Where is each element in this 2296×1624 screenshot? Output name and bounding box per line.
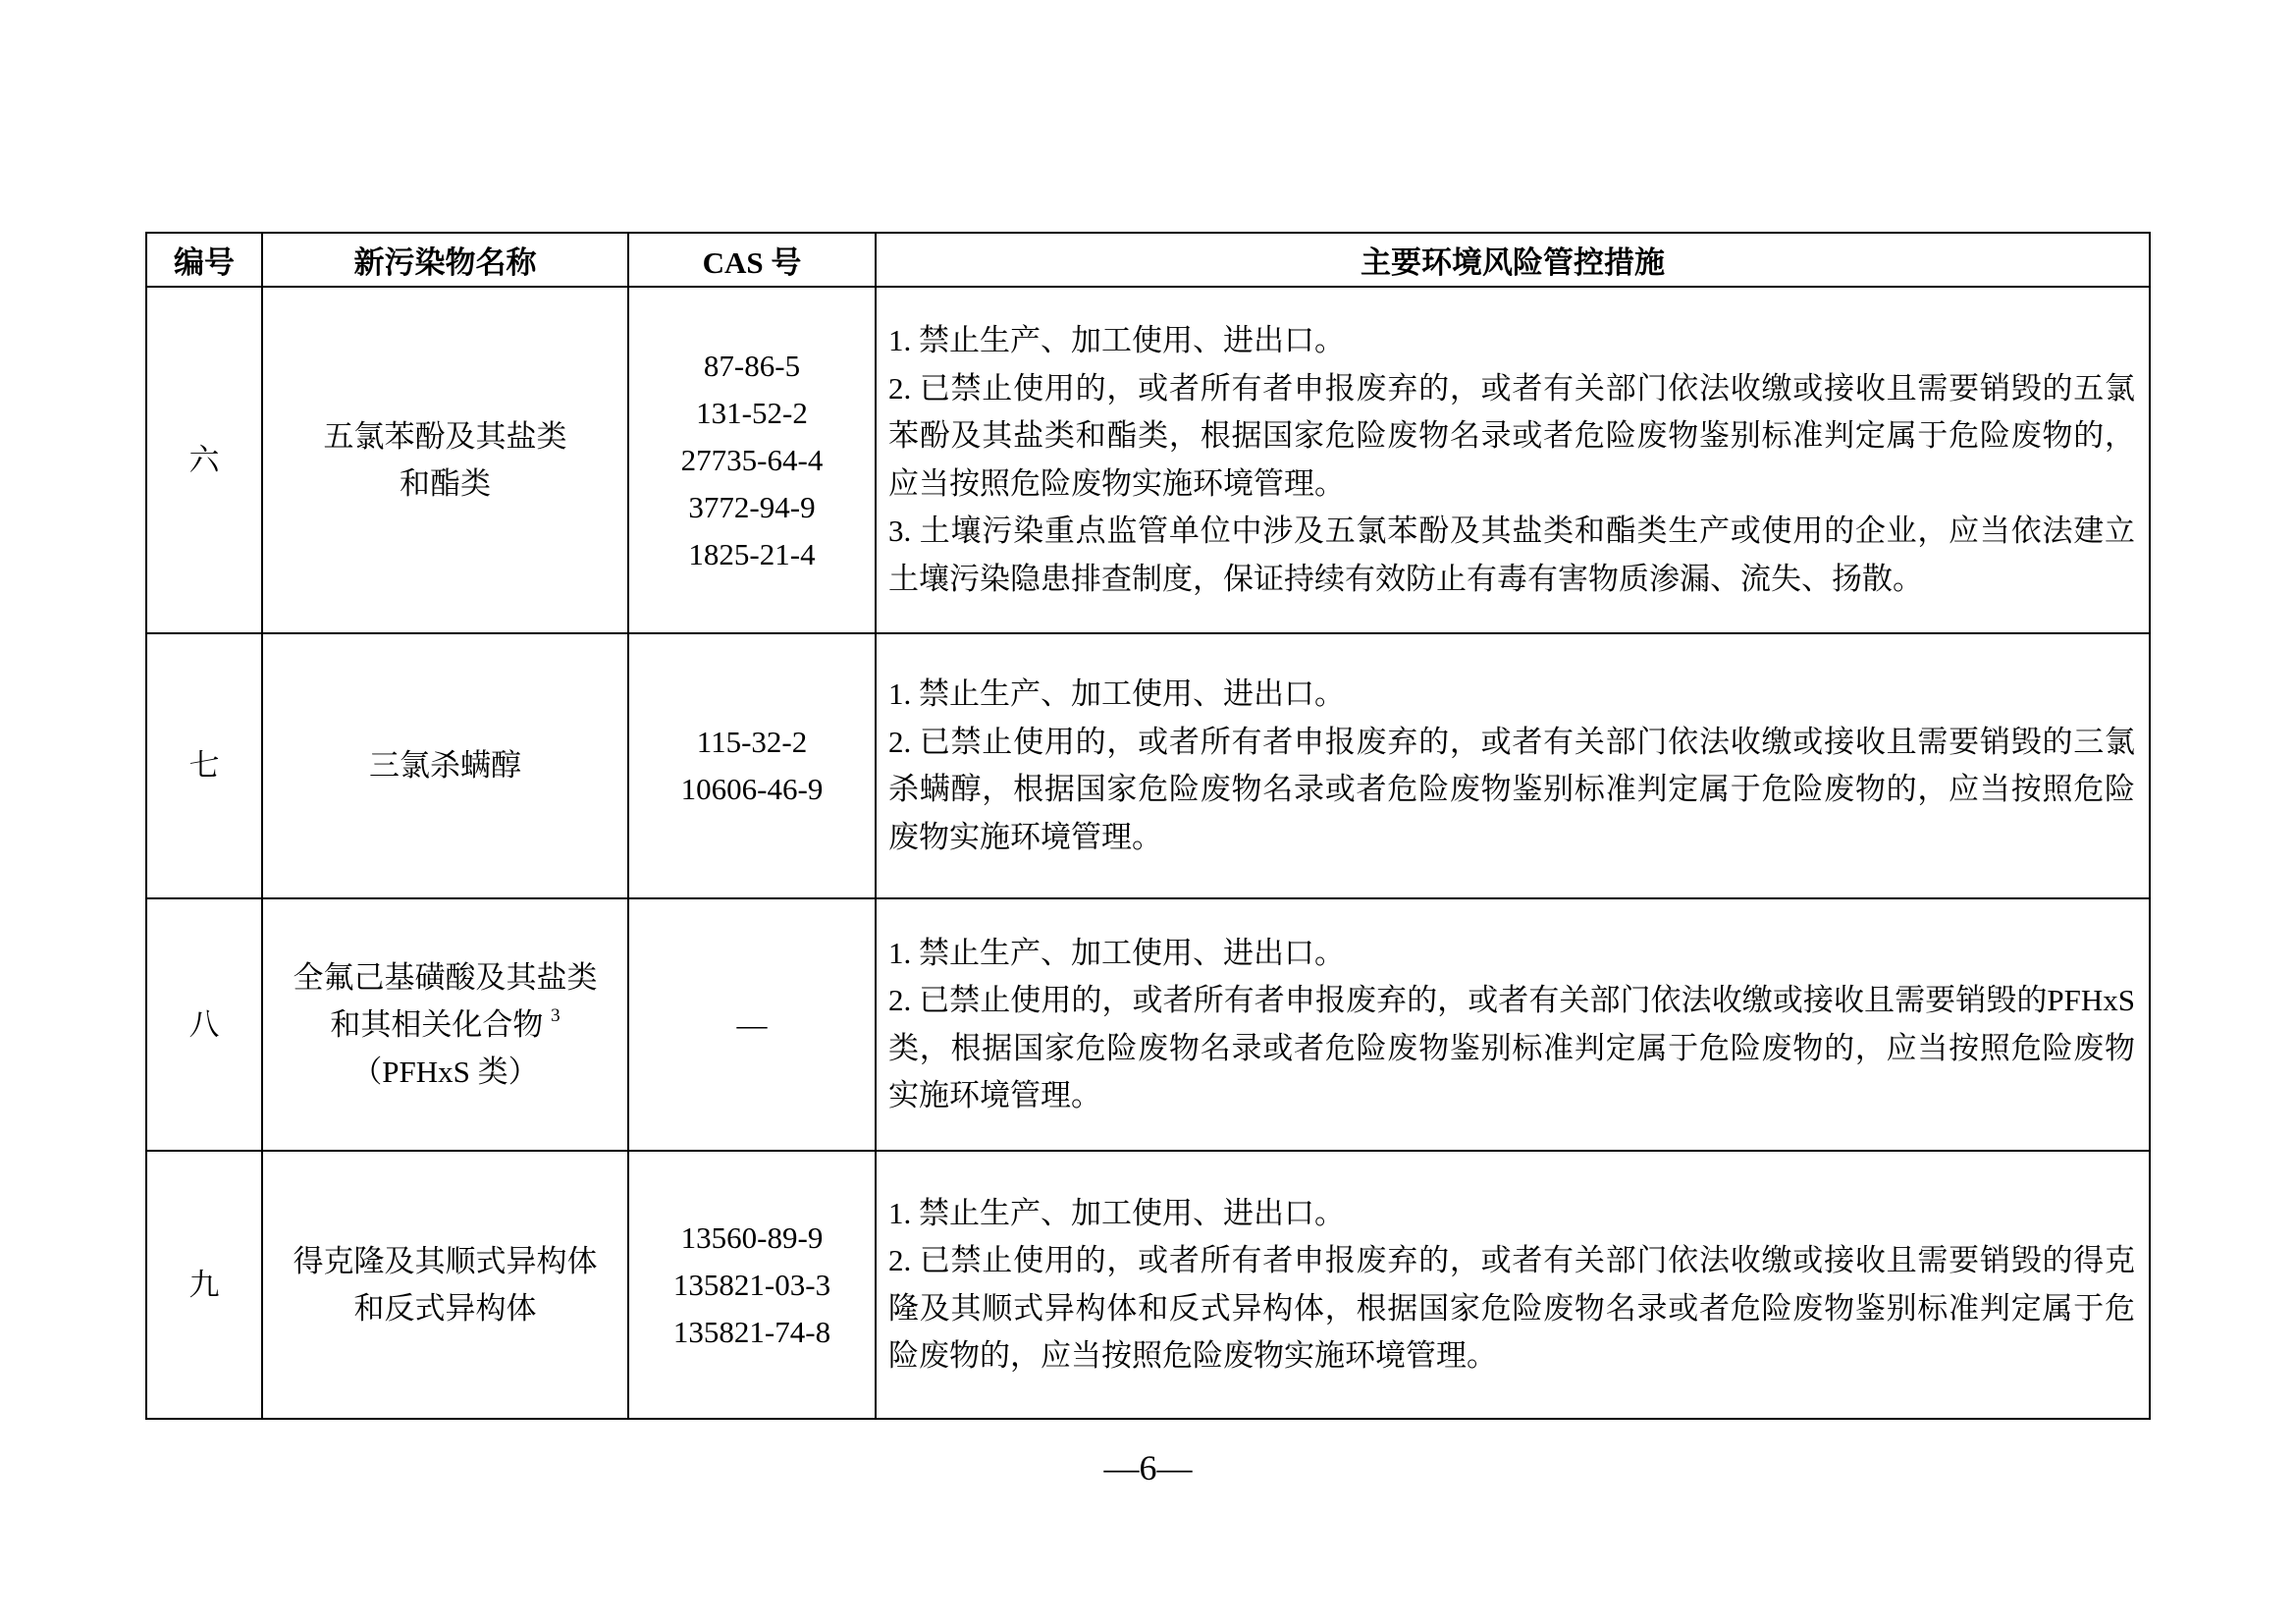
name-line: 和酯类 [263, 460, 627, 508]
name-line: 得克隆及其顺式异构体 [263, 1238, 627, 1285]
cas-numbers: — [628, 898, 876, 1151]
name-line: 三氯杀螨醇 [263, 742, 627, 789]
cas-value: 115-32-2 [629, 719, 875, 766]
header-cas-number: CAS 号 [628, 233, 876, 287]
measure-item: 2. 已禁止使用的，或者所有者申报废弃的，或者有关部门依法收缴或接收且需要销毁的… [888, 1237, 2135, 1380]
table-row: 七 三氯杀螨醇 115-32-2 10606-46-9 1. 禁止生产、加工使用… [146, 633, 2150, 898]
row-number: 六 [146, 287, 262, 633]
measure-item: 1. 禁止生产、加工使用、进出口。 [888, 1190, 2135, 1238]
name-line: 和反式异构体 [263, 1285, 627, 1332]
name-line: （PFHxS 类） [263, 1049, 627, 1096]
table-row: 九 得克隆及其顺式异构体 和反式异构体 13560-89-9 135821-03… [146, 1151, 2150, 1419]
name-line-with-footnote: 和其相关化合物 3 [263, 1001, 627, 1049]
pollutant-name: 五氯苯酚及其盐类 和酯类 [262, 287, 628, 633]
cas-value: 13560-89-9 [629, 1215, 875, 1262]
measure-item: 2. 已禁止使用的，或者所有者申报废弃的，或者有关部门依法收缴或接收且需要销毁的… [888, 365, 2135, 509]
page-number: —6— [0, 1447, 2296, 1489]
measure-item: 2. 已禁止使用的，或者所有者申报废弃的，或者有关部门依法收缴或接收且需要销毁的… [888, 719, 2135, 862]
pollutant-name: 三氯杀螨醇 [262, 633, 628, 898]
row-number: 七 [146, 633, 262, 898]
control-measures: 1. 禁止生产、加工使用、进出口。 2. 已禁止使用的，或者所有者申报废弃的，或… [876, 898, 2150, 1151]
measure-item: 1. 禁止生产、加工使用、进出口。 [888, 930, 2135, 978]
cas-numbers: 115-32-2 10606-46-9 [628, 633, 876, 898]
cas-value: 3772-94-9 [629, 484, 875, 531]
control-measures: 1. 禁止生产、加工使用、进出口。 2. 已禁止使用的，或者所有者申报废弃的，或… [876, 1151, 2150, 1419]
cas-value: 1825-21-4 [629, 531, 875, 578]
cas-value: 27735-64-4 [629, 437, 875, 484]
measure-item: 2. 已禁止使用的，或者所有者申报废弃的，或者有关部门依法收缴或接收且需要销毁的… [888, 977, 2135, 1120]
measure-item: 1. 禁止生产、加工使用、进出口。 [888, 317, 2135, 365]
header-pollutant-name: 新污染物名称 [262, 233, 628, 287]
header-number: 编号 [146, 233, 262, 287]
cas-value: 135821-74-8 [629, 1309, 875, 1356]
cas-numbers: 87-86-5 131-52-2 27735-64-4 3772-94-9 18… [628, 287, 876, 633]
control-measures: 1. 禁止生产、加工使用、进出口。 2. 已禁止使用的，或者所有者申报废弃的，或… [876, 287, 2150, 633]
name-line: 全氟己基磺酸及其盐类 [263, 954, 627, 1001]
pollutant-control-table: 编号 新污染物名称 CAS 号 主要环境风险管控措施 六 五氯苯酚及其盐类 和酯… [145, 232, 2151, 1420]
cas-value: 87-86-5 [629, 343, 875, 390]
cas-value: 135821-03-3 [629, 1262, 875, 1309]
row-number: 八 [146, 898, 262, 1151]
control-measures: 1. 禁止生产、加工使用、进出口。 2. 已禁止使用的，或者所有者申报废弃的，或… [876, 633, 2150, 898]
cas-value: 131-52-2 [629, 390, 875, 437]
cas-numbers: 13560-89-9 135821-03-3 135821-74-8 [628, 1151, 876, 1419]
table-header-row: 编号 新污染物名称 CAS 号 主要环境风险管控措施 [146, 233, 2150, 287]
table-row: 六 五氯苯酚及其盐类 和酯类 87-86-5 131-52-2 27735-64… [146, 287, 2150, 633]
measure-item: 3. 土壤污染重点监管单位中涉及五氯苯酚及其盐类和酯类生产或使用的企业，应当依法… [888, 508, 2135, 603]
cas-value: 10606-46-9 [629, 766, 875, 813]
cas-value: — [629, 1001, 875, 1049]
header-control-measures: 主要环境风险管控措施 [876, 233, 2150, 287]
measure-item: 1. 禁止生产、加工使用、进出口。 [888, 671, 2135, 719]
name-line: 五氯苯酚及其盐类 [263, 413, 627, 460]
pollutant-name: 全氟己基磺酸及其盐类 和其相关化合物 3 （PFHxS 类） [262, 898, 628, 1151]
footnote-marker: 3 [551, 1005, 561, 1026]
table-row: 八 全氟己基磺酸及其盐类 和其相关化合物 3 （PFHxS 类） — 1. 禁止… [146, 898, 2150, 1151]
name-line: 和其相关化合物 [330, 1007, 543, 1042]
row-number: 九 [146, 1151, 262, 1419]
pollutant-name: 得克隆及其顺式异构体 和反式异构体 [262, 1151, 628, 1419]
